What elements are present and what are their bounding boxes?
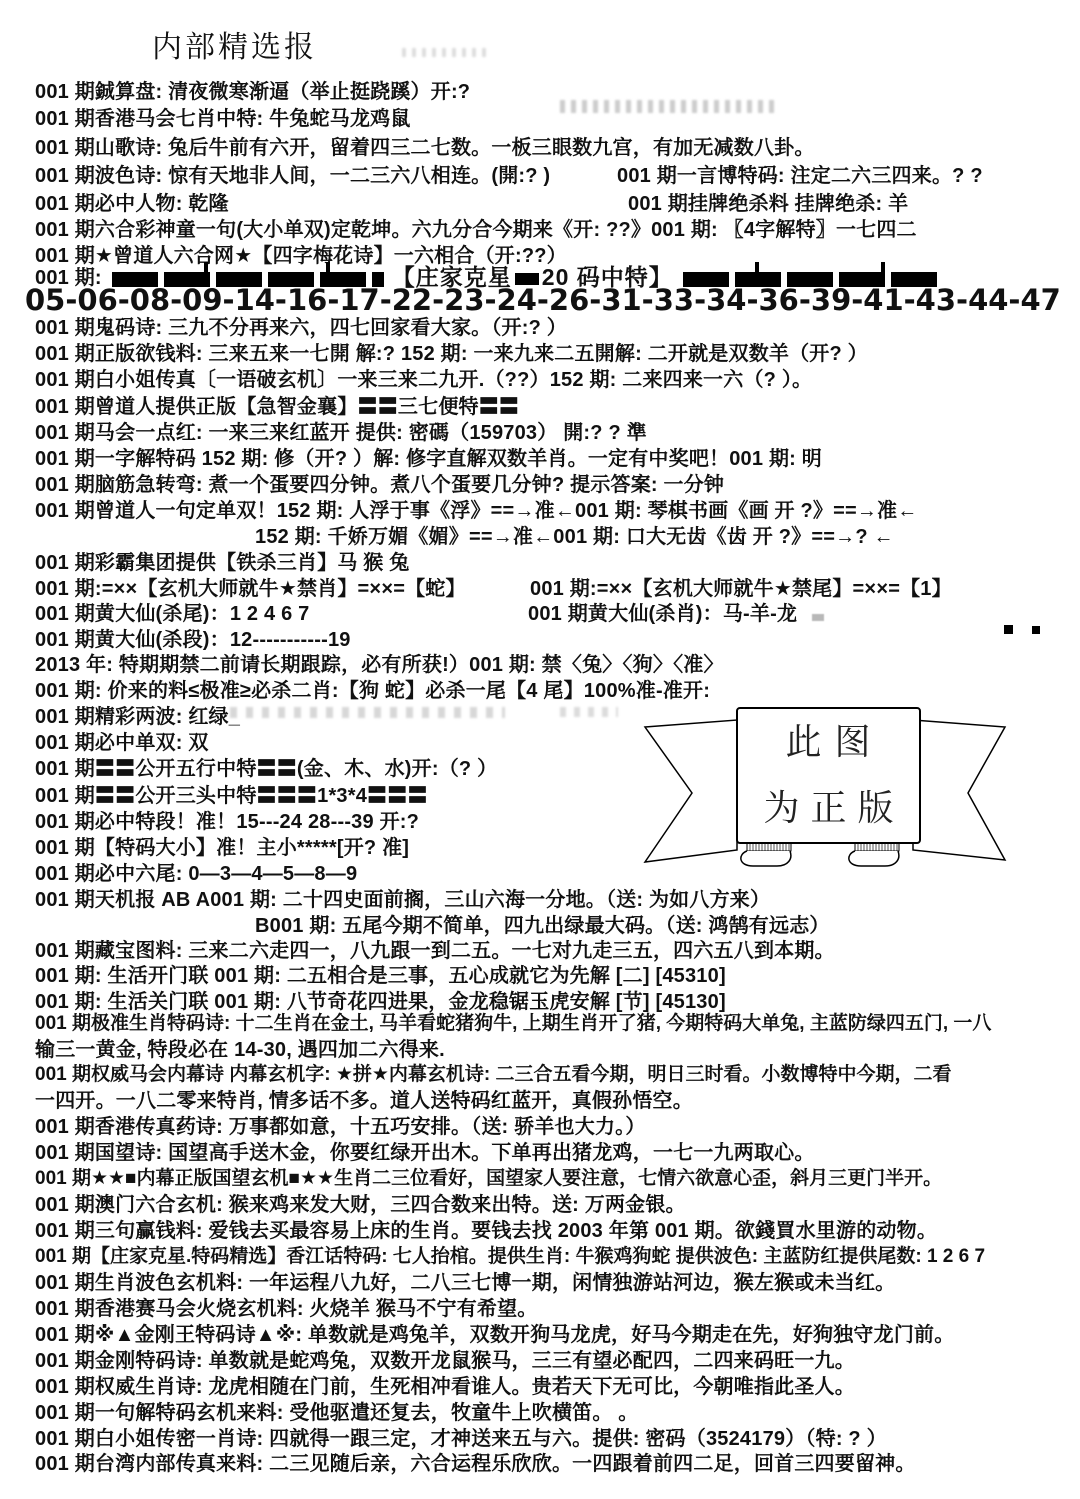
- text-line: 001 期【庄家克星.特码精选】香江话特码: 七人抬棺。提供生肖: 牛猴鸡狗蛇 …: [35, 1245, 985, 1269]
- redaction-bar-right: [683, 272, 939, 287]
- text-line: 001 期一句解特码玄机来料: 受他驱遣还复去，牧童牛上吹横笛。 。: [35, 1401, 639, 1425]
- text-line: 001 期香港赛马会火烧玄机料: 火烧羊 猴马不宁有希望。: [35, 1297, 538, 1321]
- bar-tick: [881, 262, 885, 273]
- ribbon-tail-left: [645, 720, 737, 862]
- text-line: 001 期脑筋急转弯: 煮一个蛋要四分钟。煮八个蛋要几分钟? 提示答案: 一分钟: [35, 473, 724, 497]
- codes-bar-line: 001 期: 【庄家克星20 码中特】: [35, 266, 947, 290]
- text-line: 001 期山歌诗: 兔后牛前有六开，留着四三二七数。一板三眼数九宫，有加无减数八…: [35, 136, 815, 160]
- text-line: B001 期: 五尾今期不简单，四九出绿最大码。（送: 鸿鹄有远志）: [255, 914, 830, 938]
- text-line: 001 期: 价来的料≤极准≥必杀二肖:【狗 蛇】必杀一尾【4 尾】100%准-…: [35, 679, 710, 703]
- text-line: 001 期曾道人一句定单双！152 期: 人浮于事《浮》==→准←001 期: …: [35, 499, 917, 523]
- text-segment: 001 期黄大仙(杀尾)：1 2 4 6 7: [35, 602, 310, 626]
- bar-label-left: 【庄家克星: [392, 264, 512, 290]
- scan-smudge-faint-text: [560, 100, 775, 113]
- text-segment: 001 期:=××【玄机大师就牛★禁尾】=××=【1】: [530, 577, 952, 601]
- text-line: 001 期〓〓公开五行中特〓〓(金、木、水)开:（? ）: [35, 757, 497, 781]
- text-line: 001 期★★■内幕正版国望玄机■★★生肖二三位看好，国望家人要注意，七情六欲意…: [35, 1167, 942, 1191]
- text-line: 001 期金刚特码诗: 单数就是蛇鸡兔，双数开龙鼠猴马，三三有望必配四，二四来码…: [35, 1349, 855, 1373]
- text-line: 001 期三句赢钱料: 爱钱去买最容易上床的生肖。要钱去找 2003 年第 00…: [35, 1219, 937, 1243]
- bar-tick: [755, 262, 759, 273]
- text-segment: 001 期黄大仙(杀肖)：马-羊-龙: [528, 602, 797, 626]
- text-line: 001 期白小姐传真〔一语破玄机〕一来三来二九开.（??）152 期: 二来四来…: [35, 368, 812, 392]
- text-line: 001 期鋮算盘: 清夜微寒渐逼（举止挺跷蹊）开:?: [35, 80, 470, 104]
- text-line: 001 期国望诗: 国望高手送木金，你要红绿开出木。下单再出猪龙鸡，一七一九两取…: [35, 1141, 815, 1165]
- page-root: 内部精选报 001 期鋮算盘: 清夜微寒渐逼（举止挺跷蹊）开:?001 期香港马…: [0, 0, 1080, 1499]
- text-line: 001 期权威生肖诗: 龙虎相随在门前，生死相冲看谁人。贵若天下无可比，今朝唯指…: [35, 1375, 855, 1399]
- scroll-curl-left: [741, 841, 791, 866]
- text-line: 001 期生肖波色玄机料: 一年运程八九好，二八三七博一期，闲情独游站河边，猴左…: [35, 1271, 895, 1295]
- text-segment: 001 期:=××【玄机大师就牛★禁肖】=××=【蛇】: [35, 577, 466, 601]
- ink-dot: [1004, 625, 1013, 634]
- text-line: 001 期精彩两波: 红绿_: [35, 705, 240, 729]
- text-line: 001 期台湾内部传真来料: 二三见随后亲，六合运程乐欣欣。一四跟着前四二足，回…: [35, 1452, 916, 1476]
- text-line: 05-06-08-09-14-16-17-22-23-24-26-31-33-3…: [25, 288, 1061, 312]
- redaction-bar-left: [112, 272, 384, 287]
- scan-smudge: [402, 48, 490, 57]
- text-line: 001 期藏宝图料: 三来二六走四一，八九跟一到二五。一七对九走三五，四六五八到…: [35, 939, 835, 963]
- text-line: 001 期一字解特码 152 期: 修（开? ）解: 修字直解双数羊肖。一定有中…: [35, 447, 822, 471]
- text-line: 001 期鬼码诗: 三九不分再来六，四七回家看大家。（开:? ）: [35, 316, 567, 340]
- text-segment: 001 期挂牌绝杀料 挂牌绝杀: 羊: [628, 192, 908, 216]
- text-line: 001 期必中特段！准！15---24 28---39 开:?: [35, 810, 419, 834]
- ribbon-tail-right: [913, 720, 1005, 860]
- bar-tick: [326, 262, 330, 273]
- text-line: 001 期六合彩神童一句(大小单双)定乾坤。六九分合今期来《开: ??》001 …: [35, 218, 917, 242]
- report-title: 内部精选报: [152, 22, 317, 66]
- text-line: 001 期正版欲钱料: 三来五来一七開 解:? 152 期: 一来九来二五開解:…: [35, 342, 868, 366]
- scroll-curl-right: [849, 841, 899, 866]
- text-line: 001 期黄大仙(杀段)：12-----------19: [35, 628, 351, 652]
- bar-label: 【庄家克星20 码中特】: [392, 265, 673, 291]
- text-line: 001 期必中六尾: 0—3—4—5—8—9: [35, 862, 357, 886]
- text-line: 001 期天机报 AB A001 期: 二十四史面前搁，三山六海一分地。（送: …: [35, 888, 770, 912]
- text-line: 001 期香港传真药诗: 万事都如意，十五巧安排。（送: 骄羊也大力。）: [35, 1115, 646, 1139]
- text-line: 2013 年: 特期期禁二前请长期跟踪，必有所获!）001 期: 禁〈兔〉〈狗〉…: [35, 653, 724, 677]
- bar-tick: [204, 262, 208, 273]
- text-segment: 001 期波色诗: 惊有天地非人间，一二三六八相连。(開:? ): [35, 164, 550, 188]
- text-line: 001 期权威马会内幕诗 内幕玄机字: ★拼★内幕玄机诗: 二三合五看今期，明日…: [35, 1063, 952, 1087]
- bar-label-right: 20 码中特】: [542, 264, 673, 290]
- banner-line1: 此 图: [737, 714, 921, 765]
- text-line: 一四开。一八二零来特肖, 情多话不多。道人送特码红蓝开，真假孙悟空。: [35, 1089, 693, 1113]
- text-line: 输三一黄金, 特段必在 14-30, 遇四加二六得来.: [35, 1038, 445, 1062]
- text-segment: 001 期必中人物: 乾隆: [35, 192, 229, 216]
- text-line: 001 期: 生活关门联 001 期: 八节奇花四进果，金龙稳锯玉虎安解 [节]…: [35, 990, 726, 1014]
- text-line: 001 期马会一点红: 一来三来红蓝开 提供: 密碼（159703） 開:? ?…: [35, 421, 647, 445]
- ink-dot: [1032, 626, 1040, 634]
- inline-bar-icon: [515, 273, 539, 285]
- text-line: 001 期香港马会七肖中特: 牛兔蛇马龙鸡鼠: [35, 107, 411, 131]
- ink-smudge: [812, 614, 824, 621]
- text-line: 001 期极准生肖特码诗: 十二生肖在金土, 马羊看蛇猪狗牛, 上期生肖开了猪,…: [35, 1012, 991, 1036]
- text-line: 001 期: 生活开门联 001 期: 二五相合是三事，五心成就它为先解 [二]…: [35, 964, 726, 988]
- text-line: 001 期曾道人提供正版【急智金襄】〓〓三七便特〓〓: [35, 395, 519, 419]
- banner-line2: 为 正 版: [737, 780, 921, 831]
- scan-smudge: [560, 707, 618, 717]
- scan-smudge: [230, 707, 505, 718]
- text-line: 001 期澳门六合玄机: 猴来鸡来发大财，三四合数来出特。送: 万两金银。: [35, 1193, 686, 1217]
- bars-prefix: 001 期:: [35, 266, 102, 290]
- text-line: 001 期必中单双: 双: [35, 731, 209, 755]
- text-line: 001 期白小姐传密一肖诗: 四就得一跟三定，才神送来五与六。提供: 密码（35…: [35, 1427, 887, 1451]
- text-line: 001 期彩霸集团提供【铁杀三肖】马 猴 兔: [35, 551, 409, 575]
- text-line: 001 期※▲金刚王特码诗▲※: 单数就是鸡兔羊，双数开狗马龙虎，好马今期走在先…: [35, 1323, 954, 1347]
- text-line: 001 期〓〓公开三头中特〓〓〓1*3*4〓〓〓: [35, 784, 428, 808]
- text-line: 001 期【特码大小】准！主小*****[开? 准]: [35, 836, 409, 860]
- text-segment: 001 期一言博特码: 注定二六三四来。? ?: [617, 164, 983, 188]
- text-line: 152 期: 千娇万媚《媚》==→准←001 期: 口大无齿《齿 开 ?》==→…: [255, 525, 894, 549]
